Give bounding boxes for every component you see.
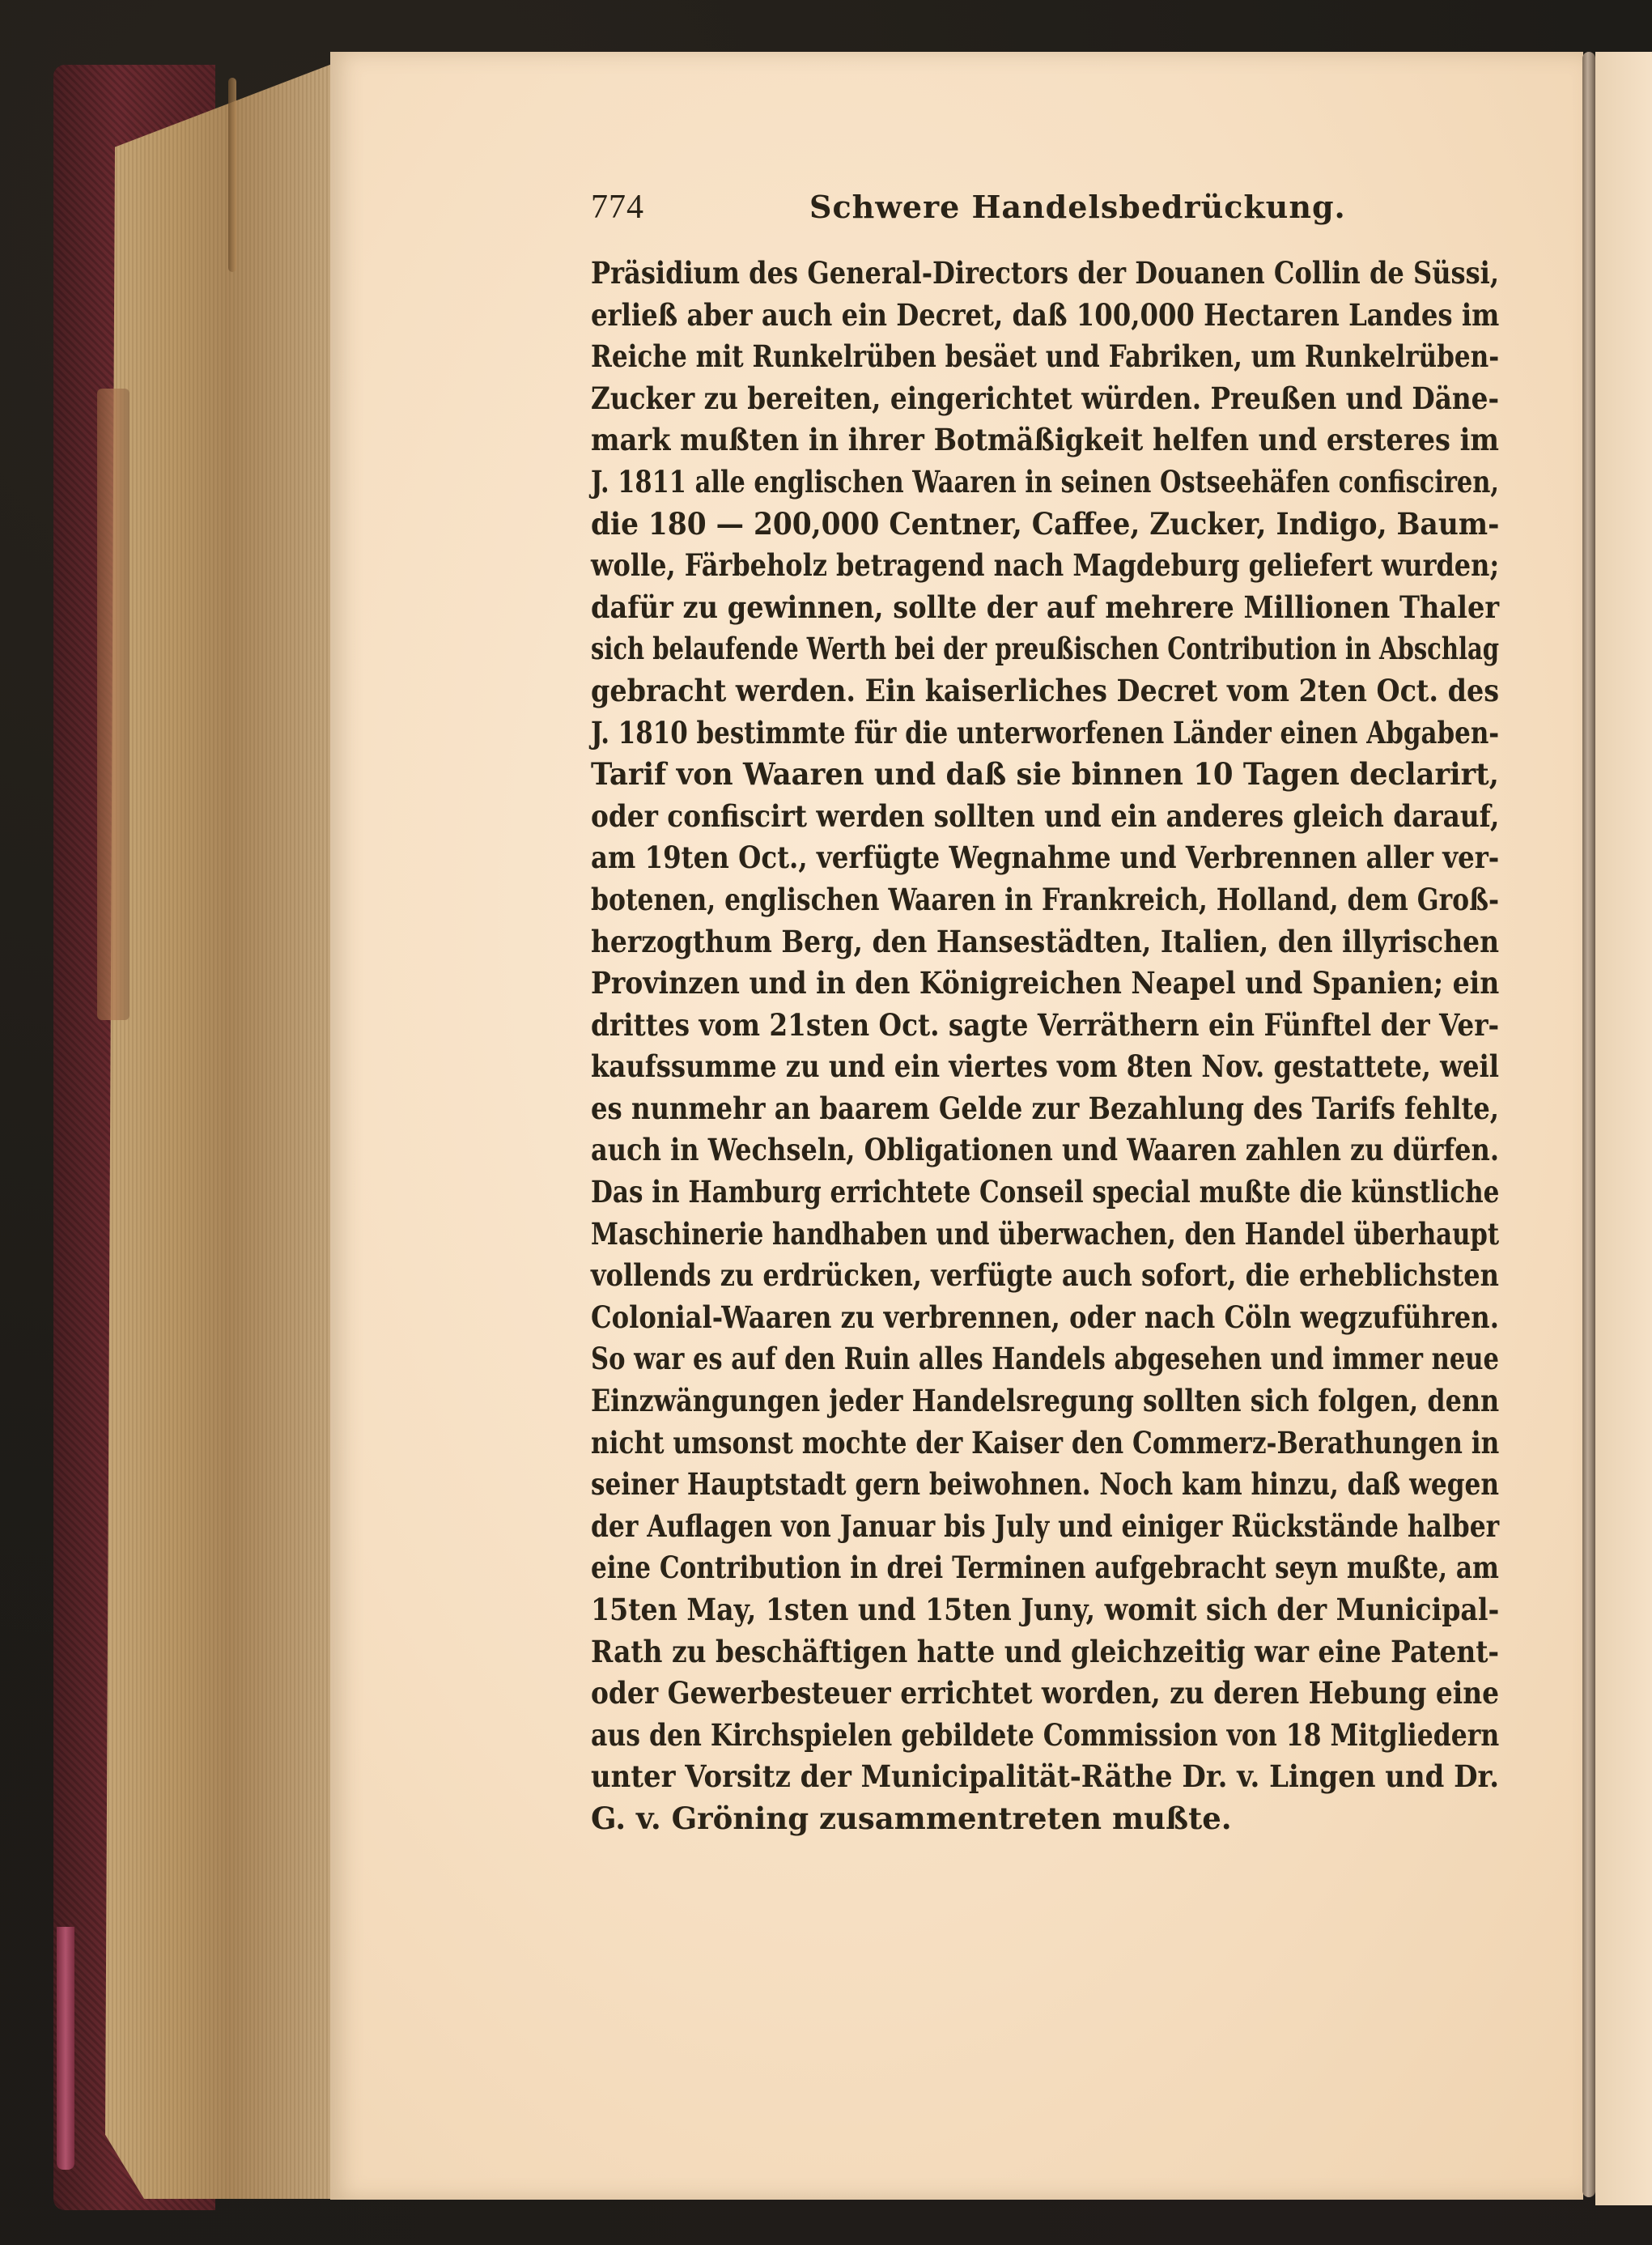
text-line: 15ten May, 1sten und 15ten Juny, womit s…	[591, 1589, 1499, 1631]
book-page-right-edge	[1595, 52, 1652, 2205]
text-line: Das in Hamburg errichtete Conseil specia…	[591, 1171, 1499, 1214]
page-edges	[96, 62, 338, 2199]
text-line: sich belaufende Werth bei der preußische…	[591, 628, 1499, 670]
text-line: gebracht werden. Ein kaiserliches Decret…	[591, 670, 1499, 712]
text-line: kaufssumme zu und ein viertes vom 8ten N…	[591, 1046, 1499, 1088]
text-line: erließ aber auch ein Decret, daß 100,000…	[591, 295, 1499, 337]
text-line: dafür zu gewinnen, sollte der auf mehrer…	[591, 587, 1499, 629]
text-line: oder Gewerbesteuer errichtet worden, zu …	[591, 1673, 1499, 1715]
text-line: herzogthum Berg, den Hansestädten, Itali…	[591, 921, 1499, 963]
text-line: aus den Kirchspielen gebildete Commissio…	[591, 1715, 1499, 1757]
page-edge-damage	[97, 389, 130, 1020]
text-line: Tarif von Waaren und daß sie binnen 10 T…	[591, 754, 1499, 796]
running-head: 774 Schwere Handelsbedrückung.	[591, 188, 1499, 236]
text-line: unter Vorsitz der Municipalität-Räthe Dr…	[591, 1756, 1499, 1798]
page-edge-tear	[228, 78, 236, 272]
text-line: nicht umsonst mochte der Kaiser den Comm…	[591, 1422, 1499, 1465]
text-line: die 180 — 200,000 Centner, Caffee, Zucke…	[591, 504, 1499, 546]
text-line: oder confiscirt werden sollten und ein a…	[591, 796, 1499, 838]
text-line: Provinzen und in den Königreichen Neapel…	[591, 963, 1499, 1005]
text-line: wolle, Färbeholz betragend nach Magdebur…	[591, 545, 1499, 587]
text-line: eine Contribution in drei Terminen aufge…	[591, 1547, 1499, 1589]
page-text-block: 774 Schwere Handelsbedrückung. Präsidium…	[591, 188, 1499, 1840]
text-line: J. 1810 bestimmte für die unterworfenen …	[591, 712, 1499, 755]
text-line: Rath zu beschäftigen hatte und gleichzei…	[591, 1631, 1499, 1673]
ribbon-bookmark	[57, 1927, 74, 2170]
text-line: drittes vom 21sten Oct. sagte Verräthern…	[591, 1005, 1499, 1047]
text-line: So war es auf den Ruin alles Handels abg…	[591, 1338, 1499, 1380]
text-line: botenen, englischen Waaren in Frankreich…	[591, 879, 1499, 921]
text-line: Reiche mit Runkelrüben besäet und Fabrik…	[591, 336, 1499, 378]
text-line: Colonial-Waaren zu verbrennen, oder nach…	[591, 1297, 1499, 1339]
page-number: 774	[591, 188, 704, 227]
text-line: Einzwängungen jeder Handelsregung sollte…	[591, 1380, 1499, 1422]
text-line: am 19ten Oct., verfügte Wegnahme und Ver…	[591, 837, 1499, 879]
text-line: auch in Wechseln, Obligationen und Waare…	[591, 1129, 1499, 1171]
text-line: seiner Hauptstadt gern beiwohnen. Noch k…	[591, 1464, 1499, 1506]
text-line: mark mußten in ihrer Botmäßigkeit helfen…	[591, 419, 1499, 461]
text-line: Präsidium des General-Directors der Doua…	[591, 253, 1499, 295]
book-gutter	[1582, 52, 1595, 2197]
text-line: Maschinerie handhaben und überwachen, de…	[591, 1214, 1499, 1256]
text-line: Zucker zu bereiten, eingerichtet würden.…	[591, 378, 1499, 420]
body-text: Präsidium des General-Directors der Doua…	[591, 253, 1499, 1840]
running-title: Schwere Handelsbedrückung.	[809, 189, 1346, 225]
text-line-last: G. v. Gröning zusammentreten mußte.	[591, 1798, 1499, 1840]
text-line: J. 1811 alle englischen Waaren in seinen…	[591, 461, 1499, 504]
text-line: vollends zu erdrücken, verfügte auch sof…	[591, 1255, 1499, 1297]
text-line: der Auflagen von Januar bis July und ein…	[591, 1506, 1499, 1548]
text-line: es nunmehr an baarem Gelde zur Bezahlung…	[591, 1088, 1499, 1130]
